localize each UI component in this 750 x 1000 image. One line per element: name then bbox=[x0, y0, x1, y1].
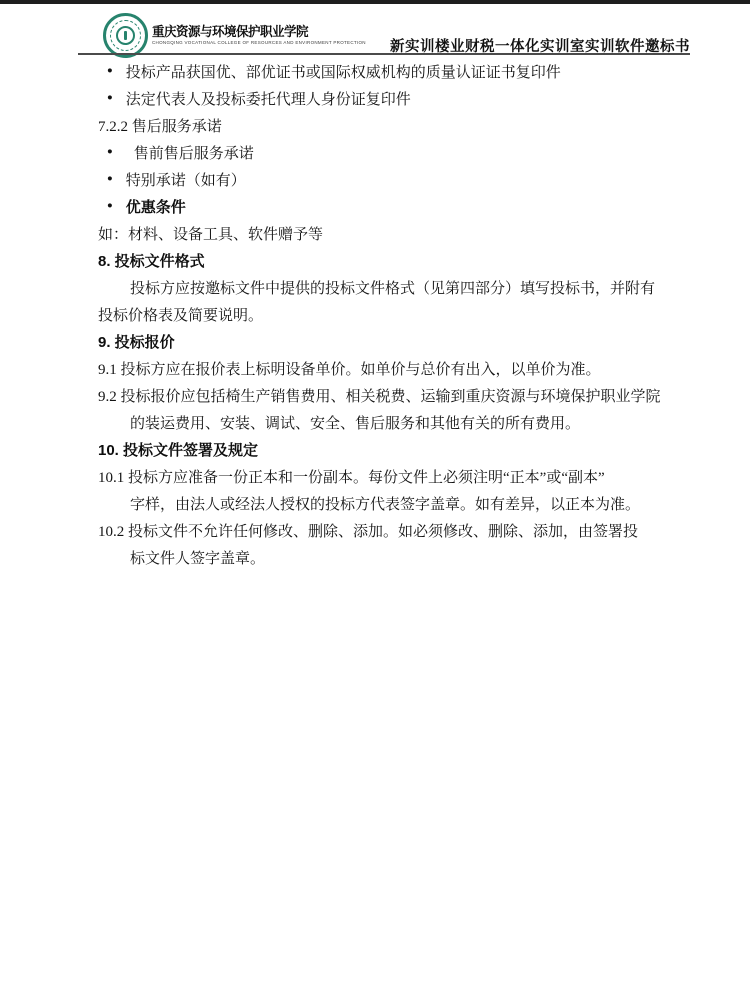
heading-text: 10. 投标文件签署及规定 bbox=[98, 439, 258, 460]
paragraph-line: 如：材料、设备工具、软件赠予等 bbox=[0, 220, 750, 247]
line-text: 10.1 投标方应准备一份正本和一份副本。每份文件上必须注明“正本”或“副本” bbox=[98, 466, 605, 487]
logo-emblem bbox=[116, 26, 135, 45]
continuation-line: 的装运费用、安装、调试、安全、售后服务和其他有关的所有费用。 bbox=[0, 409, 750, 436]
bullet-item: ● 法定代表人及投标委托代理人身份证复印件 bbox=[0, 85, 750, 112]
college-seal-logo-icon bbox=[103, 13, 148, 58]
line-text: 的装运费用、安装、调试、安全、售后服务和其他有关的所有费用。 bbox=[130, 412, 580, 433]
numbered-line: 9.1 投标方应在报价表上标明设备单价。如单价与总价有出入，以单价为准。 bbox=[0, 355, 750, 382]
bullet-icon: ● bbox=[107, 148, 113, 158]
line-text: 9.2 投标报价应包括椅生产销售费用、相关税费、运输到重庆资源与环境保护职业学院 bbox=[98, 385, 661, 406]
continuation-line: 字样，由法人或经法人授权的投标方代表签字盖章。如有差异，以正本为准。 bbox=[0, 490, 750, 517]
numbered-line: 9.2 投标报价应包括椅生产销售费用、相关税费、运输到重庆资源与环境保护职业学院 bbox=[0, 382, 750, 409]
line-text: 10.2 投标文件不允许任何修改、删除、添加。如必须修改、删除、添加，由签署投 bbox=[98, 520, 638, 541]
section-heading: 8. 投标文件格式 bbox=[0, 247, 750, 274]
header-rule bbox=[78, 53, 690, 55]
section-heading: 9. 投标报价 bbox=[0, 328, 750, 355]
line-text: 标文件人签字盖章。 bbox=[130, 547, 265, 568]
line-text: 9.1 投标方应在报价表上标明设备单价。如单价与总价有出入，以单价为准。 bbox=[98, 358, 601, 379]
document-body: ● 投标产品获国优、部优证书或国际权威机构的质量认证证书复印件 ● 法定代表人及… bbox=[0, 58, 750, 571]
bullet-text: 投标产品获国优、部优证书或国际权威机构的质量认证证书复印件 bbox=[126, 61, 561, 82]
bullet-text: 售前售后服务承诺 bbox=[134, 142, 254, 163]
bullet-item: ● 售前售后服务承诺 bbox=[0, 139, 750, 166]
bullet-text: 特别承诺（如有） bbox=[126, 169, 246, 190]
bullet-text: 法定代表人及投标委托代理人身份证复印件 bbox=[126, 88, 411, 109]
section-heading: 10. 投标文件签署及规定 bbox=[0, 436, 750, 463]
bullet-item-bold: ● 优惠条件 bbox=[0, 193, 750, 220]
bullet-item: ● 投标产品获国优、部优证书或国际权威机构的质量认证证书复印件 bbox=[0, 58, 750, 85]
continuation-line: 标文件人签字盖章。 bbox=[0, 544, 750, 571]
bullet-icon: ● bbox=[107, 175, 113, 185]
bullet-icon: ● bbox=[107, 94, 113, 104]
line-text: 如：材料、设备工具、软件赠予等 bbox=[98, 223, 323, 244]
line-text: 7.2.2 售后服务承诺 bbox=[98, 115, 222, 136]
bullet-text: 优惠条件 bbox=[126, 196, 186, 217]
paragraph-line: 投标方应按邀标文件中提供的投标文件格式（见第四部分）填写投标书，并附有 bbox=[0, 274, 750, 301]
bullet-icon: ● bbox=[107, 67, 113, 77]
line-text: 投标价格表及简要说明。 bbox=[98, 304, 263, 325]
logo-inner-ring bbox=[110, 20, 141, 51]
college-english-name: CHONGQING VOCATIONAL COLLEGE OF RESOURCE… bbox=[152, 40, 312, 45]
bullet-icon: ● bbox=[107, 202, 113, 212]
top-border-bar bbox=[0, 0, 750, 4]
paragraph-line: 投标价格表及简要说明。 bbox=[0, 301, 750, 328]
bullet-item: ● 特别承诺（如有） bbox=[0, 166, 750, 193]
heading-text: 8. 投标文件格式 bbox=[98, 250, 205, 271]
numbered-line: 10.1 投标方应准备一份正本和一份副本。每份文件上必须注明“正本”或“副本” bbox=[0, 463, 750, 490]
numbered-line: 10.2 投标文件不允许任何修改、删除、添加。如必须修改、删除、添加，由签署投 bbox=[0, 517, 750, 544]
document-page: 重庆资源与环境保护职业学院 CHONGQING VOCATIONAL COLLE… bbox=[0, 0, 750, 1000]
heading-text: 9. 投标报价 bbox=[98, 331, 175, 352]
numbered-line: 7.2.2 售后服务承诺 bbox=[0, 112, 750, 139]
line-text: 投标方应按邀标文件中提供的投标文件格式（见第四部分）填写投标书，并附有 bbox=[130, 277, 655, 298]
line-text: 字样，由法人或经法人授权的投标方代表签字盖章。如有差异，以正本为准。 bbox=[130, 493, 640, 514]
